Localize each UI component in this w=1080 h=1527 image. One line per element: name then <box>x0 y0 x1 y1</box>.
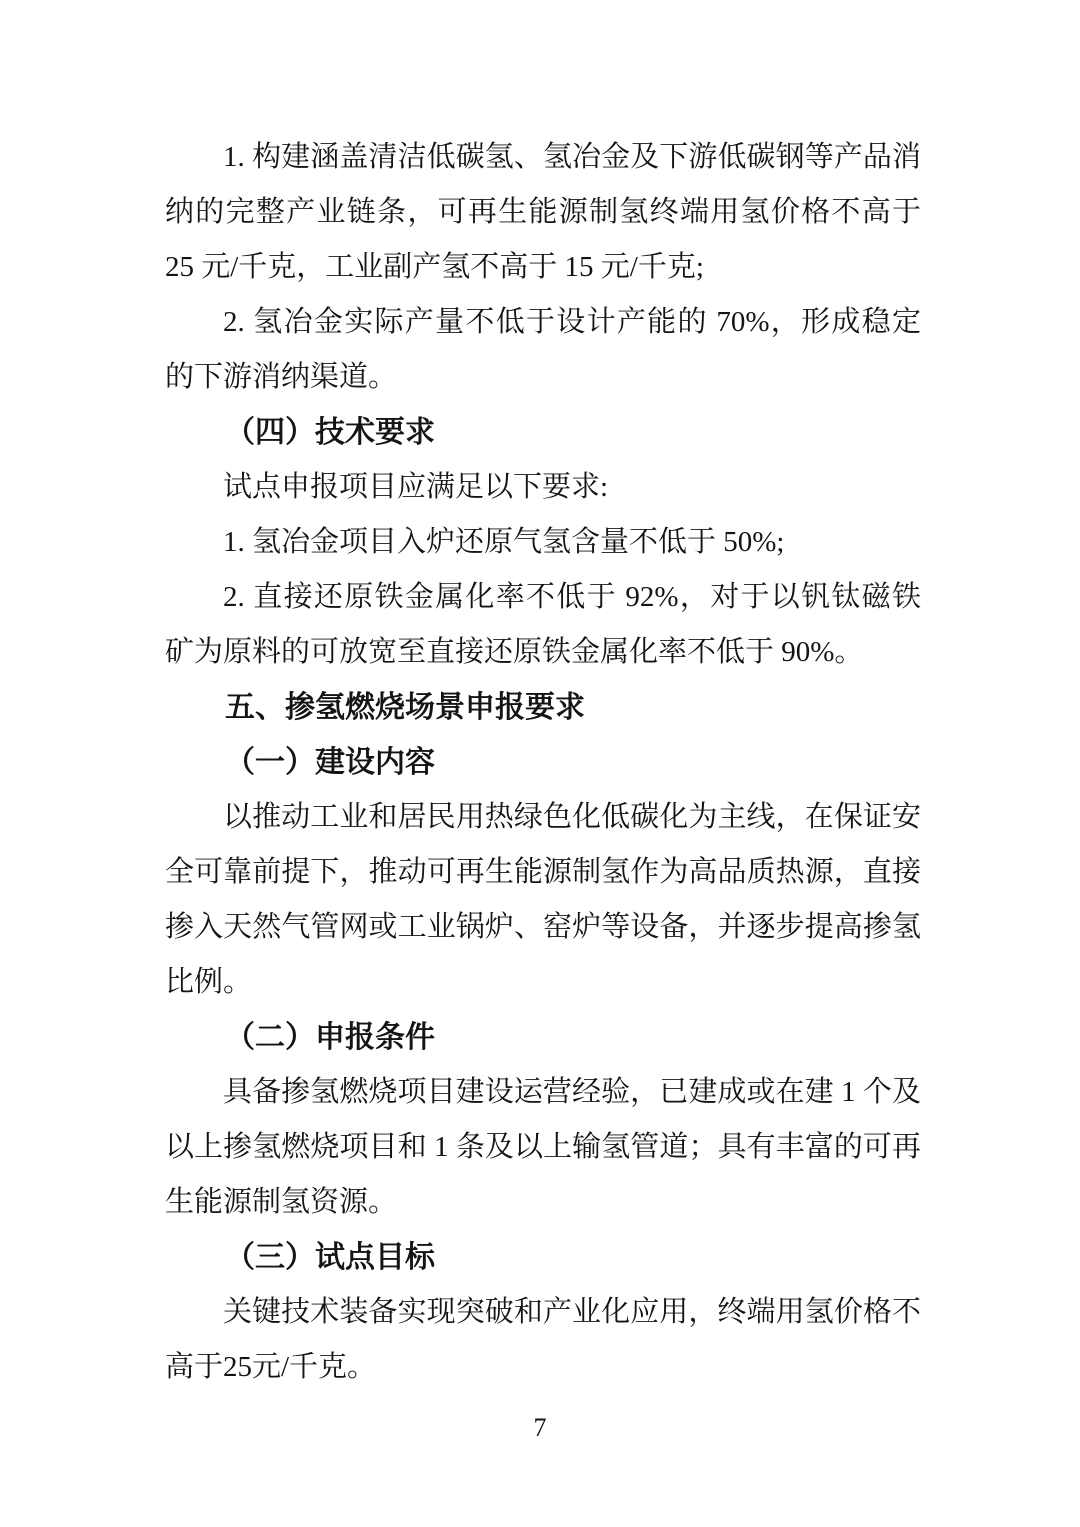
paragraph-construction-content: 以推动工业和居民用热绿色化低碳化为主线，在保证安全可靠前提下，推动可再生能源制氢… <box>165 790 921 1010</box>
section-heading-construction-content: （一）建设内容 <box>165 735 921 790</box>
paragraph-requirements-intro: 试点申报项目应满足以下要求: <box>165 460 921 515</box>
paragraph-item1-hydrogen-metallurgy-chain: 1. 构建涵盖清洁低碳氢、氢冶金及下游低碳钢等产品消纳的完整产业链条，可再生能源… <box>165 130 921 295</box>
section-heading-pilot-goals: （三）试点目标 <box>165 1230 921 1285</box>
paragraph-item2-production-capacity: 2. 氢冶金实际产量不低于设计产能的 70%，形成稳定的下游消纳渠道。 <box>165 295 921 405</box>
paragraph-req1-hydrogen-content: 1. 氢冶金项目入炉还原气氢含量不低于 50%; <box>165 515 921 570</box>
section-heading-technical-requirements: （四）技术要求 <box>165 405 921 460</box>
section-heading-application-conditions: （二）申报条件 <box>165 1010 921 1065</box>
page-number: 7 <box>0 1412 1080 1443</box>
paragraph-req2-metallization-rate: 2. 直接还原铁金属化率不低于 92%，对于以钒钛磁铁矿为原料的可放宽至直接还原… <box>165 570 921 680</box>
paragraph-application-conditions: 具备掺氢燃烧项目建设运营经验，已建成或在建 1 个及以上掺氢燃烧项目和 1 条及… <box>165 1065 921 1230</box>
document-body: 1. 构建涵盖清洁低碳氢、氢冶金及下游低碳钢等产品消纳的完整产业链条，可再生能源… <box>165 130 921 1395</box>
chapter-heading-hydrogen-blending: 五、掺氢燃烧场景申报要求 <box>165 680 921 735</box>
document-page: 1. 构建涵盖清洁低碳氢、氢冶金及下游低碳钢等产品消纳的完整产业链条，可再生能源… <box>0 0 1080 1527</box>
paragraph-pilot-goals: 关键技术装备实现突破和产业化应用，终端用氢价格不高于25元/千克。 <box>165 1285 921 1395</box>
